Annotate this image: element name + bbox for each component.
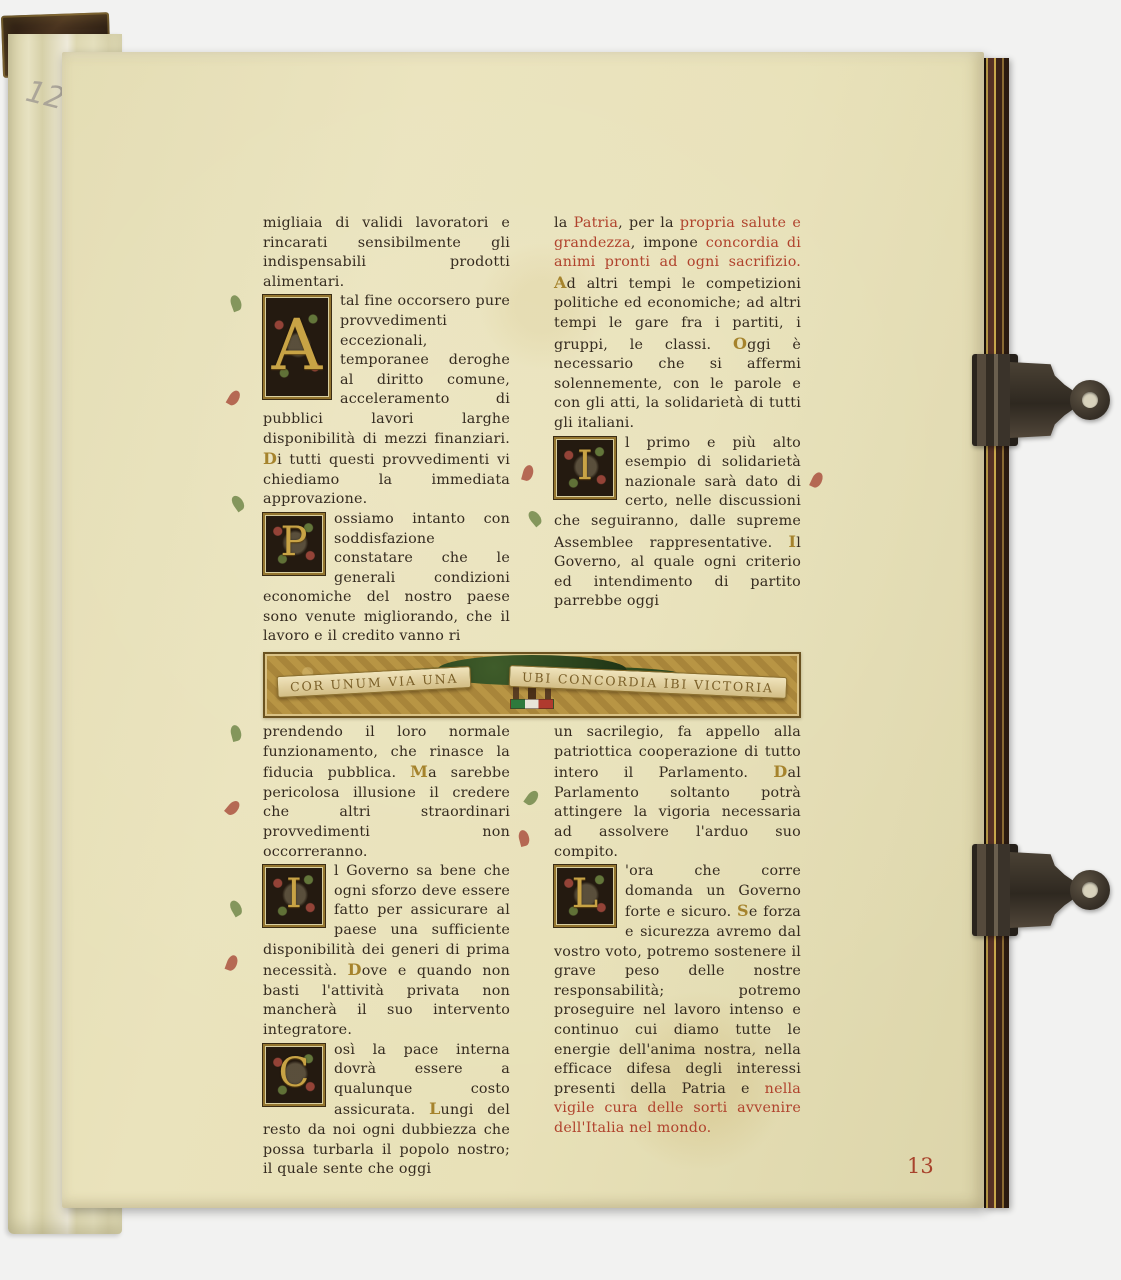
text-segment: e forza e sicurezza avremo dal vostro vo…	[554, 904, 801, 1096]
marginal-vine-ornament	[224, 799, 242, 818]
marginal-vine-ornament	[229, 494, 246, 513]
illuminated-initial: I	[263, 865, 325, 927]
text-segment: un sacrilegio, fa appello alla patriotti…	[554, 724, 801, 781]
paragraph: un sacrilegio, fa appello alla patriotti…	[554, 723, 801, 862]
text-segment: Patria	[574, 215, 618, 231]
paragraph: Possiamo intanto con soddisfazione const…	[263, 510, 510, 647]
illuminated-initial: I	[554, 437, 616, 499]
paragraph: Così la pace interna dovrà essere a qual…	[263, 1041, 510, 1180]
right-column-upper: la Patria, per la propria salute e grand…	[554, 214, 801, 647]
text-segment: , impone	[631, 235, 706, 251]
illuminated-initial: P	[263, 513, 325, 575]
paragraph: la Patria, per la propria salute e grand…	[554, 214, 801, 434]
paragraph: Il Governo sa bene che ogni sforzo deve …	[263, 862, 510, 1040]
marginal-vine-ornament	[229, 294, 244, 312]
paragraph: Il primo e più alto esempio di solidarie…	[554, 434, 801, 612]
banner-scroll-left: COR UNUM VIA UNA	[277, 666, 472, 698]
text-area: migliaia di validi lavoratori e rincarat…	[263, 214, 801, 1180]
clasp-hole	[1082, 392, 1098, 408]
text-segment: i tutti questi provvedimenti vi chiediam…	[263, 452, 510, 507]
text-segment: L	[429, 1099, 440, 1118]
left-column-lower: prendendo il loro normale funzionamento,…	[263, 723, 510, 1180]
illuminated-initial: L	[554, 865, 616, 927]
paragraph: migliaia di validi lavoratori e rincarat…	[263, 214, 510, 292]
italian-tricolor-ribbon-icon	[510, 699, 554, 709]
clasp-bottom	[972, 840, 1110, 940]
marginal-vine-ornament	[228, 899, 245, 918]
text-segment: D	[348, 960, 362, 979]
illuminated-manuscript-photo: 12 migliaia di validi lavoratori e rinca…	[0, 0, 1121, 1280]
text-segment: migliaia di validi lavoratori e rincarat…	[263, 215, 510, 290]
illuminated-initial: A	[263, 295, 331, 399]
marginal-vine-ornament	[225, 954, 240, 972]
right-column-lower: un sacrilegio, fa appello alla patriotti…	[554, 723, 801, 1180]
text-segment: M	[410, 762, 428, 781]
illuminated-banner: COR UNUM VIA UNA UBI CONCORDIA IBI VICTO…	[263, 652, 801, 718]
page-number: 13	[907, 1154, 934, 1178]
marginal-vine-ornament	[229, 724, 243, 742]
text-segment: S	[737, 901, 749, 920]
book-cover-edge	[984, 58, 1009, 1208]
marginal-vine-ornament	[809, 471, 825, 490]
text-segment: la	[554, 215, 574, 231]
left-column-upper: migliaia di validi lavoratori e rincarat…	[263, 214, 510, 647]
marginal-vine-ornament	[226, 389, 243, 408]
clasp-hole	[1082, 882, 1098, 898]
manuscript-page: migliaia di validi lavoratori e rincarat…	[62, 52, 984, 1208]
text-segment: D	[263, 449, 277, 468]
paragraph: prendendo il loro normale funzionamento,…	[263, 723, 510, 862]
text-segment: , per la	[618, 215, 680, 231]
clasp-top	[972, 350, 1110, 450]
text-segment: O	[733, 334, 747, 353]
text-segment: A	[554, 273, 567, 292]
illuminated-initial: C	[263, 1044, 325, 1106]
text-segment: D	[773, 762, 787, 781]
paragraph: Atal fine occorsero pure provvedimenti e…	[263, 292, 510, 510]
paragraph: L'ora che corre domanda un Governo forte…	[554, 862, 801, 1138]
